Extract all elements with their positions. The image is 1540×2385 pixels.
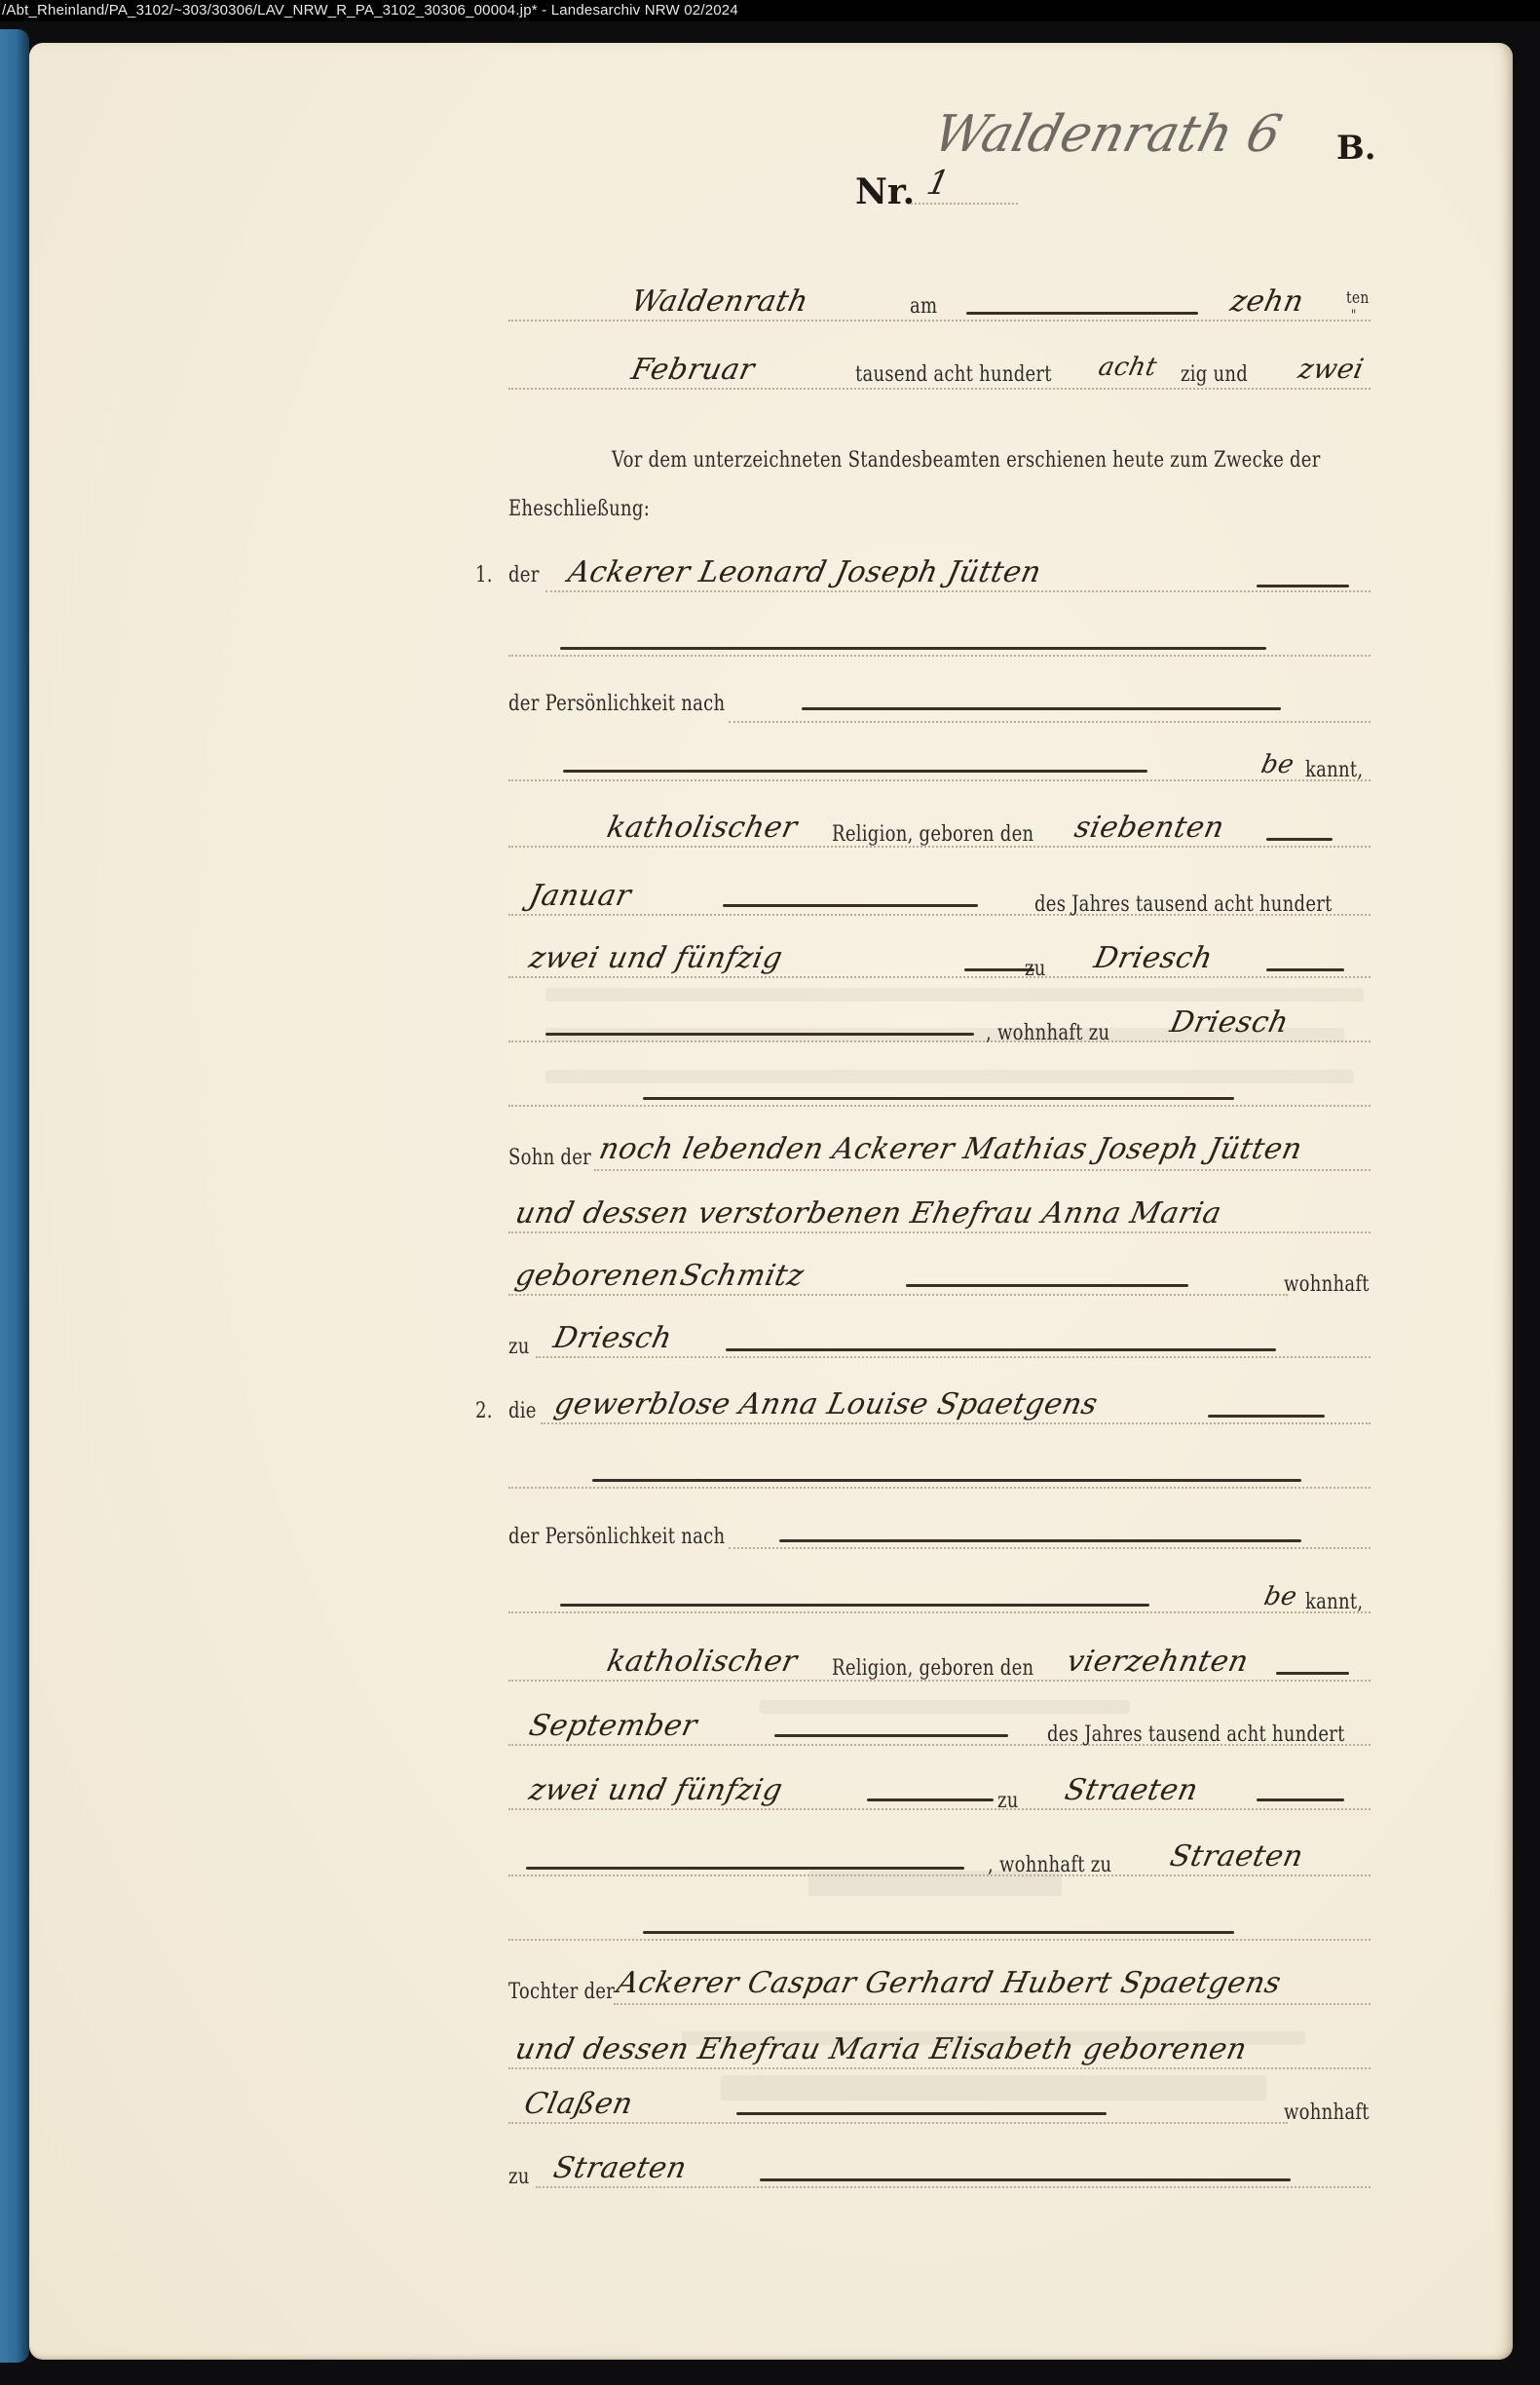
marriage-decade: acht [1096,353,1160,382]
pencil-annotation: Waldenrath 6 [928,105,1288,164]
groom-number: 1. [475,563,493,587]
bride-birth-month: September [526,1709,700,1743]
groom-birth-day: siebenten [1071,811,1227,845]
place-name: Waldenrath [628,284,811,319]
marriage-month: Februar [628,353,758,387]
marriage-unit: zwei [1296,353,1367,385]
groom-name: Ackerer Leonard Joseph Jütten [565,555,1044,589]
bride-mother-maiden-name: Claßen [521,2087,636,2121]
intro-line-2: Eheschließung: [508,497,650,521]
marriage-day: zehn [1227,284,1307,319]
bride-residence: Straeten [1167,1839,1306,1874]
bride-mother: und dessen Ehefrau Maria Elisabeth gebor… [512,2032,1250,2066]
book-spine [0,29,29,2363]
bride-birth-place: Straeten [1062,1773,1201,1807]
groom-birth-month: Januar [526,879,634,913]
groom-birth-place: Driesch [1091,941,1216,975]
window-title-bar: /Abt_Rheinland/PA_3102/~303/30306/LAV_NR… [0,0,1540,21]
record-label: Nr. [855,171,915,212]
bride-birth-year: zwei und fünfzig [526,1773,786,1807]
groom-parents-residence: Driesch [550,1321,675,1355]
groom-mother-maiden-name: Schmitz [677,1259,808,1293]
series-letter: B. [1336,129,1376,168]
window-title: /Abt_Rheinland/PA_3102/~303/30306/LAV_NR… [2,2,738,19]
bride-number: 2. [475,1399,493,1423]
groom-father: noch lebenden Ackerer Mathias Joseph Jüt… [596,1132,1305,1166]
intro-line-1: Vor dem unterzeichneten Standesbeamten e… [612,448,1321,473]
bride-father: Ackerer Caspar Gerhard Hubert Spaetgens [614,1966,1284,2000]
groom-mother: und dessen verstorbenen Ehefrau Anna Mar… [512,1196,1224,1230]
bride-parents-residence: Straeten [550,2151,690,2185]
groom-residence: Driesch [1167,1005,1292,1040]
bride-religion: katholischer [604,1645,801,1679]
bride-name: gewerblose Anna Louise Spaetgens [551,1387,1101,1421]
groom-birth-year: zwei und fünfzig [526,941,786,975]
groom-religion: katholischer [604,811,801,845]
bride-birth-day: vierzehnten [1064,1645,1252,1679]
